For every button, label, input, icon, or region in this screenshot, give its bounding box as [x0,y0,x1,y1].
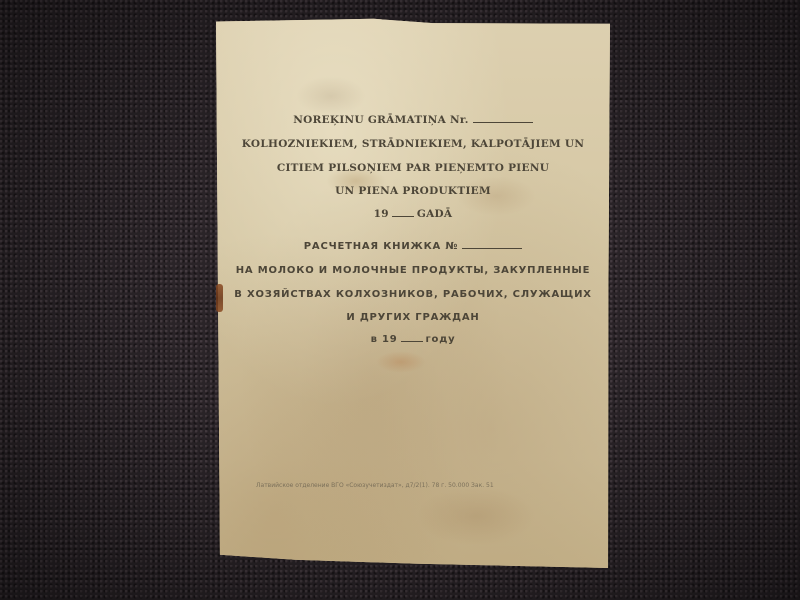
russian-year-line: в 19году [216,334,610,345]
year-blank [392,215,414,217]
number-blank [473,121,533,123]
russian-line-3: В ХОЗЯЙСТВАХ КОЛХОЗНИКОВ, РАБОЧИХ, СЛУЖА… [216,289,610,300]
latvian-line-2: KOLHOZNIEKIEM, STRĀDNIEKIEM, KALPOTĀJIEM… [216,138,610,150]
cover-text: NOREĶINU GRĀMATIŅA Nr. KOLHOZNIEKIEM, ST… [216,16,610,568]
latvian-line-4: UN PIENA PRODUKTIEM [216,185,610,197]
russian-title: РАСЧЕТНАЯ КНИЖКА № [216,241,610,252]
russian-line-4: И ДРУГИХ ГРАЖДАН [216,312,610,323]
booklet-cover: NOREĶINU GRĀMATIŅA Nr. KOLHOZNIEKIEM, ST… [216,16,610,568]
rust-staple-mark [216,284,223,312]
printer-imprint: Латвийское отделение ВГО «Союзучетиздат»… [256,482,494,489]
latvian-year-line: 19GADĀ [216,208,610,220]
latvian-line-3: CITIEM PILSOŅIEM PAR PIEŅEMTO PIENU [216,162,610,174]
year-blank [401,340,423,342]
russian-line-2: НА МОЛОКО И МОЛОЧНЫЕ ПРОДУКТЫ, ЗАКУПЛЕНН… [216,265,610,276]
latvian-title: NOREĶINU GRĀMATIŅA Nr. [216,114,610,126]
number-blank [462,247,522,249]
